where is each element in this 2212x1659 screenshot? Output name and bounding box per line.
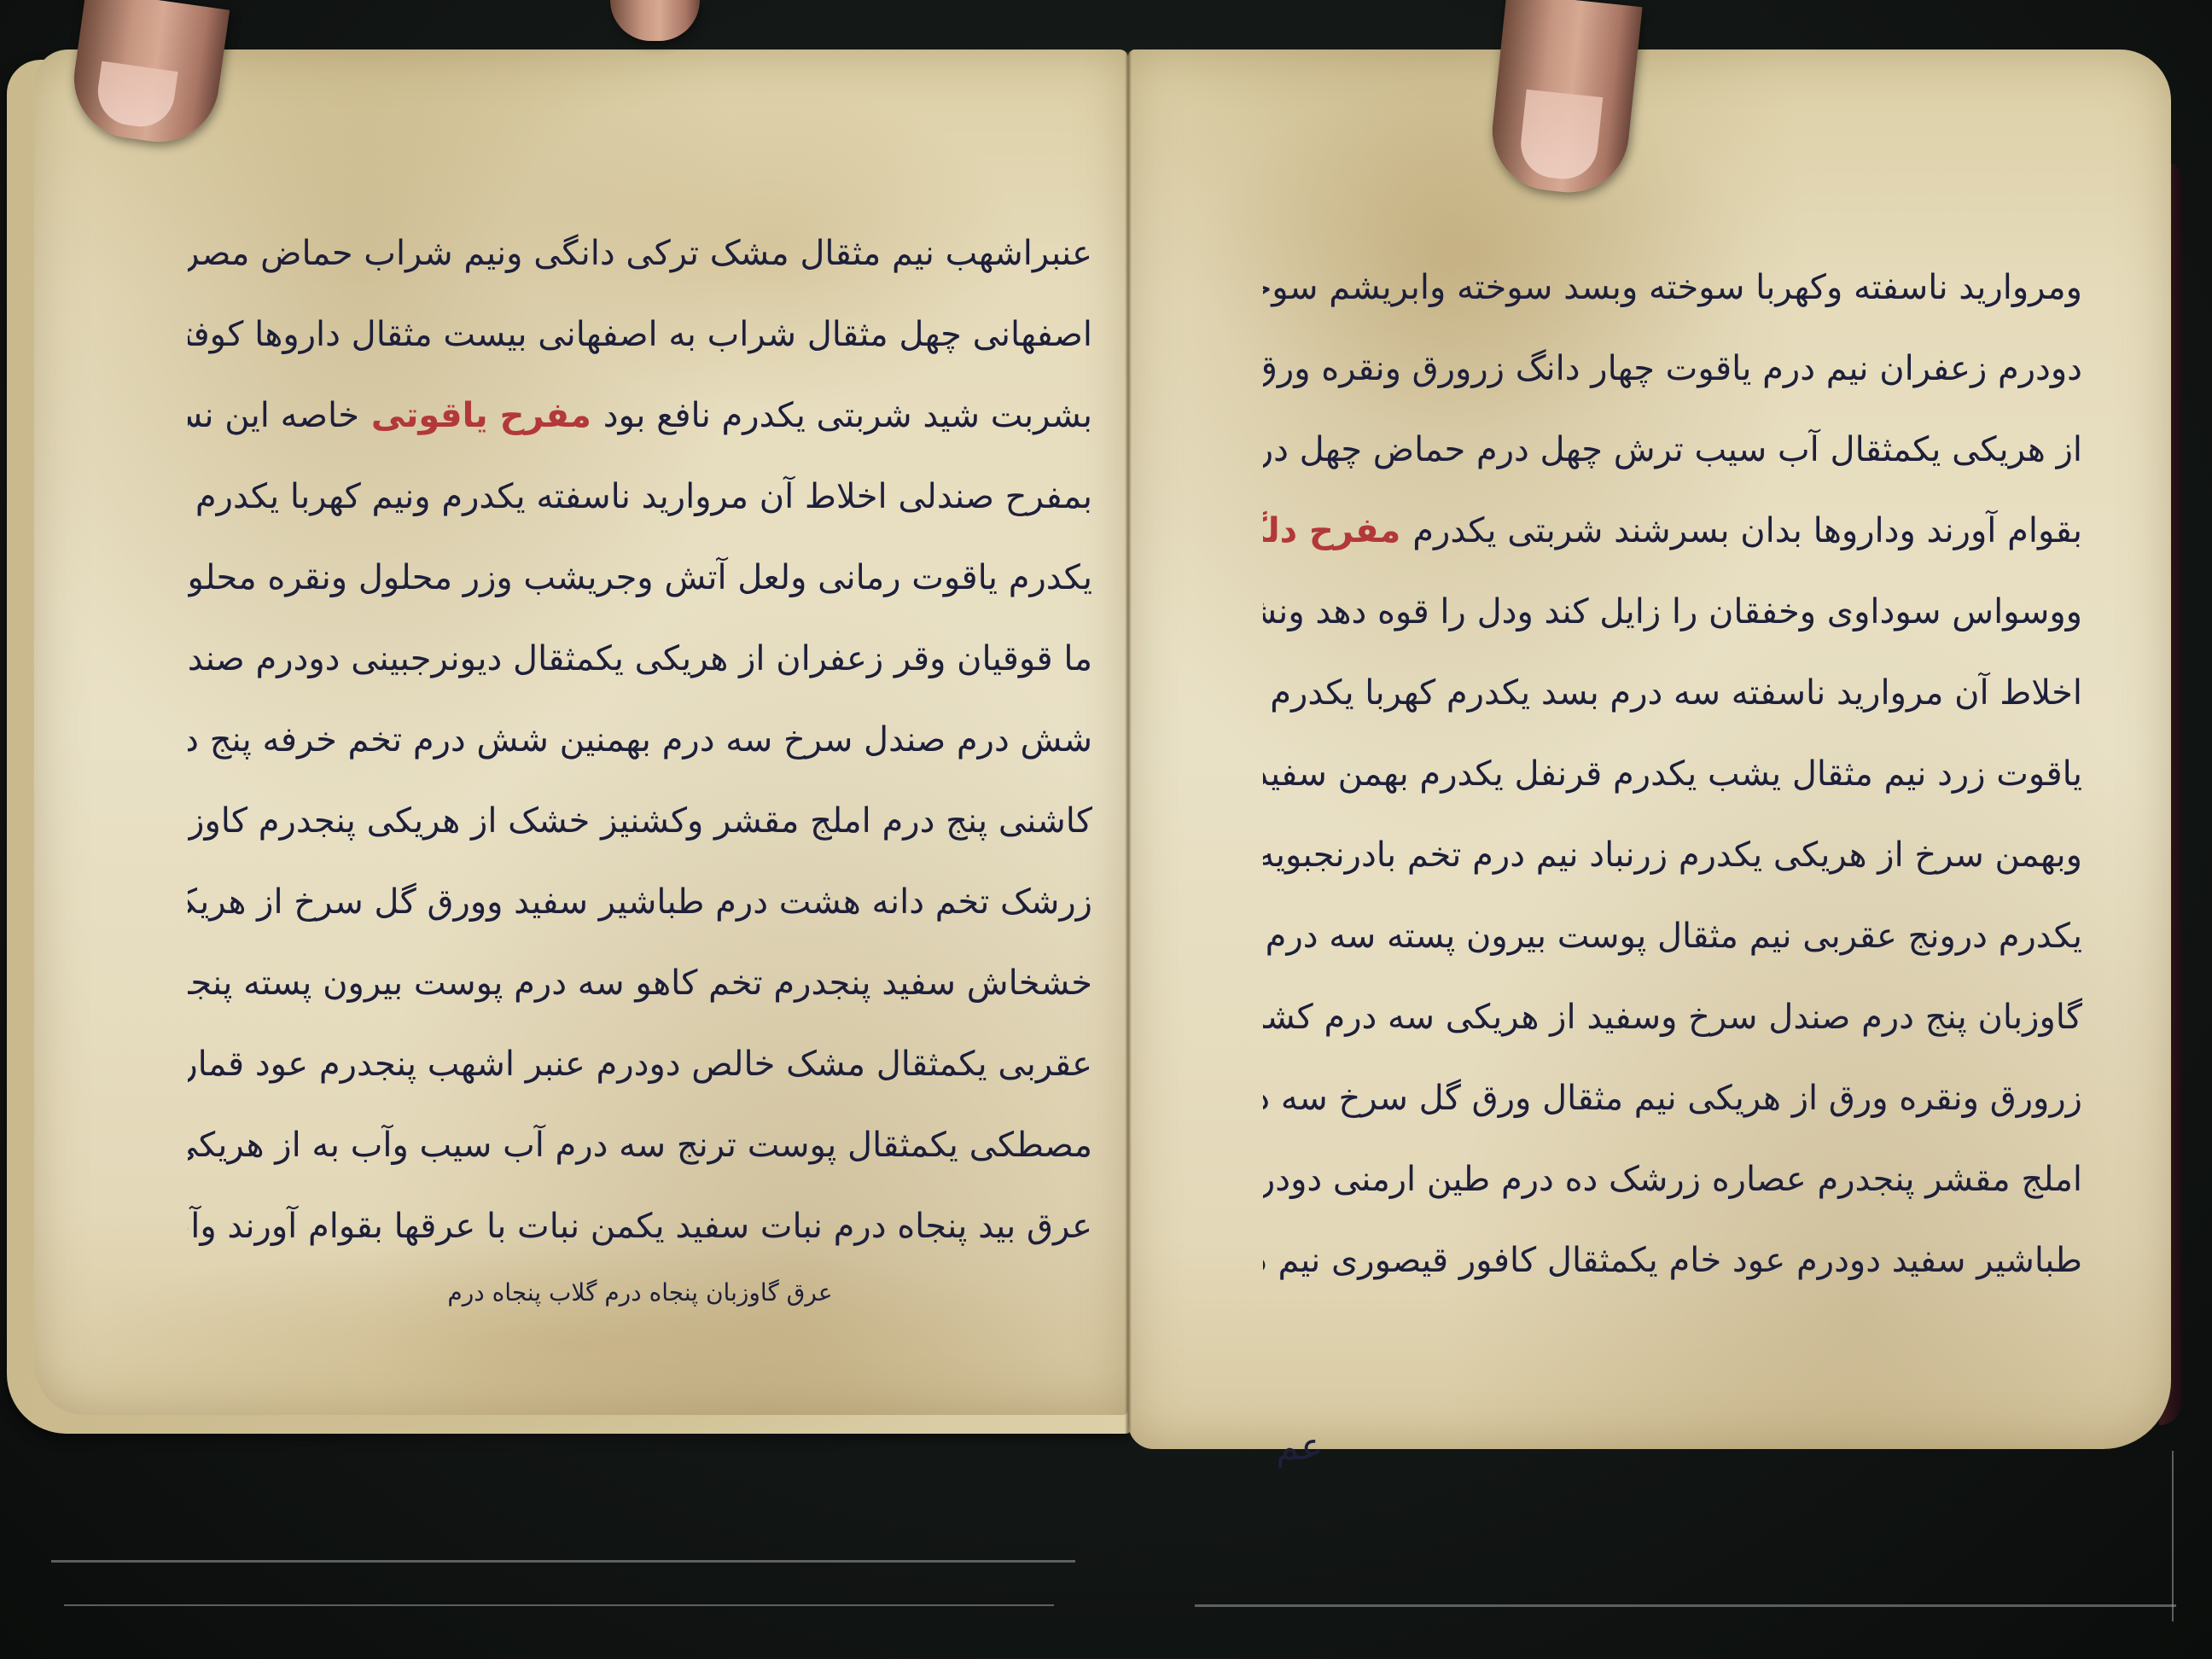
text-segment: بشربت شید شربتی یکدرم نافع بود [603, 396, 1092, 435]
text-line: گاوزبان پنج درم صندل سرخ وسفید از هریکی … [1263, 977, 2082, 1058]
fingernail [1517, 90, 1603, 183]
text-line: شش درم صندل سرخ سه درم بهمنین شش درم تخم… [188, 700, 1092, 781]
finger-left-2 [610, 0, 700, 41]
text-line: طباشیر سفید دودرم عود خام یکمثقال کافور … [1263, 1220, 2082, 1301]
text-line: اخلاط آن مروارید ناسفته سه درم بسد یکدرم… [1263, 653, 2082, 734]
text-line: کاشنی پنج درم املج مقشر وکشنیز خشک از هر… [188, 781, 1092, 862]
text-line: بشربت شید شربتی یکدرم نافع بود مفرح یاقو… [188, 375, 1092, 457]
rubric-heading: مفرح یاقوتی [359, 396, 603, 435]
text-line: وبهمن سرخ از هریکی یکدرم زرنباد نیم درم … [1263, 815, 2082, 896]
mat-line [51, 1560, 1075, 1563]
fingernail [94, 61, 178, 131]
text-line: ووسواس سوداوی وخفقان را زایل کند ودل را … [1263, 572, 2082, 653]
text-line: یکدرم یاقوت رمانی ولعل آتش وجریشب وزر مح… [188, 538, 1092, 619]
mat-line [2172, 1451, 2174, 1621]
marginal-note: عرق گاوزبان پنجاه درم گلاب پنجاه درم [188, 1267, 1092, 1318]
folio-mark: عم [1276, 1425, 1324, 1469]
mat-line [64, 1604, 1054, 1606]
text-line: از هریکی یکمثقال آب سیب ترش چهل درم حماض… [1263, 410, 2082, 491]
text-segment: خاصه این نسخه معروفست [188, 396, 359, 435]
text-line: یاقوت زرد نیم مثقال یشب یکدرم قرنفل یکدر… [1263, 734, 2082, 815]
text-line: یکدرم درونج عقربی نیم مثقال پوست بیرون پ… [1263, 896, 2082, 977]
text-line: عرق بید پنجاه درم نبات سفید یکمن نبات با… [188, 1186, 1092, 1267]
rubric-heading: مفرح دلگشا [1263, 511, 1412, 550]
book-gutter [1125, 51, 1132, 1434]
text-line: اصفهانی چهل مثقال شراب به اصفهانی بیست م… [188, 294, 1092, 375]
text-line: عنبراشهب نیم مثقال مشک ترکی دانگی ونیم ش… [188, 213, 1092, 294]
text-line: دودرم زعفران نیم درم یاقوت چهار دانگ زرو… [1263, 329, 2082, 410]
mat-line [1195, 1604, 2176, 1607]
manuscript-photo: عنبراشهب نیم مثقال مشک ترکی دانگی ونیم ش… [0, 0, 2212, 1659]
text-line: بقوام آورند وداروها بدان بسرشند شربتی یک… [1263, 491, 2082, 572]
right-page-text: ومروارید ناسفته وکهربا سوخته وبسد سوخته … [1263, 247, 2082, 1301]
text-line: مصطکی یکمثقال پوست ترنج سه درم آب سیب وآ… [188, 1105, 1092, 1186]
text-line: ومروارید ناسفته وکهربا سوخته وبسد سوخته … [1263, 247, 2082, 329]
left-page-text: عنبراشهب نیم مثقال مشک ترکی دانگی ونیم ش… [188, 213, 1092, 1318]
text-line: زرشک تخم دانه هشت درم طباشیر سفید وورق گ… [188, 862, 1092, 943]
text-line: بمفرح صندلی اخلاط آن مروارید ناسفته یکدر… [188, 457, 1092, 538]
text-line: ما قوقیان وقر زعفران از هریکی یکمثقال دی… [188, 619, 1092, 700]
text-line: عقربی یکمثقال مشک خالص دودرم عنبر اشهب پ… [188, 1024, 1092, 1105]
text-segment: بقوام آورند وداروها بدان بسرشند شربتی یک… [1412, 511, 2082, 550]
text-line: املج مقشر پنجدرم عصاره زرشک ده درم طین ا… [1263, 1139, 2082, 1220]
text-line: زرورق ونقره ورق از هریکی نیم مثقال ورق گ… [1263, 1058, 2082, 1139]
text-line: خشخاش سفید پنجدرم تخم کاهو سه درم پوست ب… [188, 943, 1092, 1024]
